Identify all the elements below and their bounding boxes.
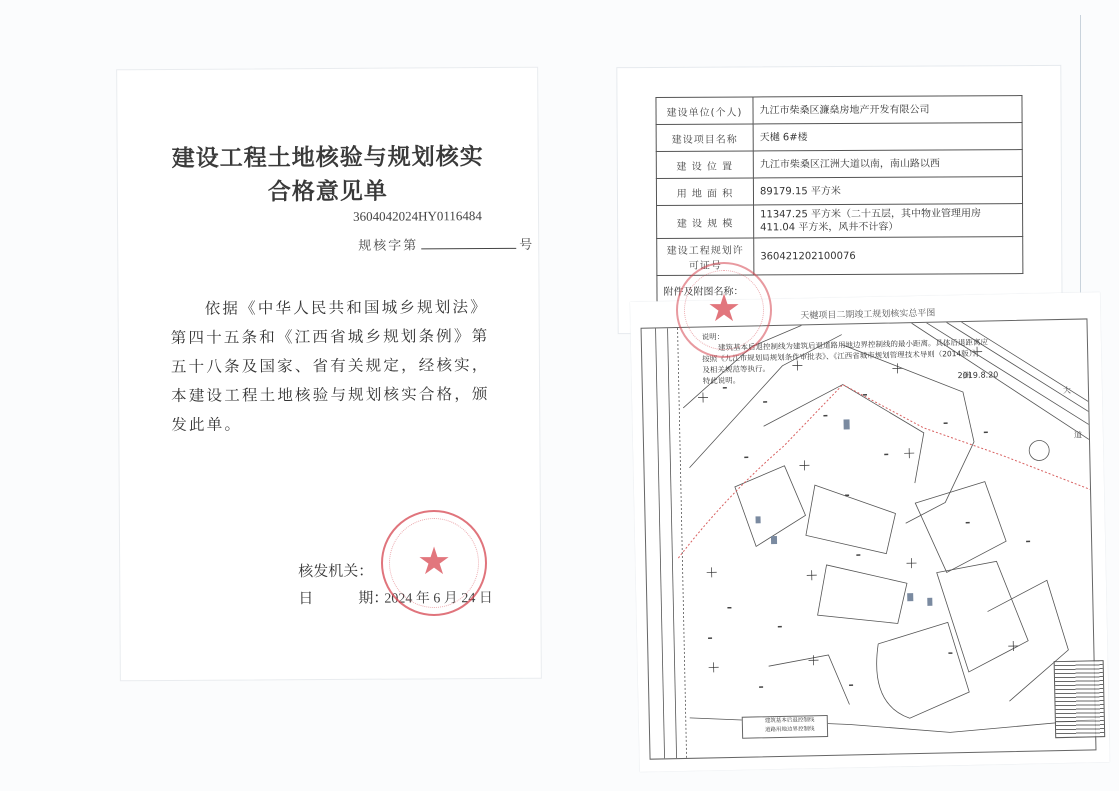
row-value-land-area: 89179.15 平方米 xyxy=(753,177,1022,205)
date-label: 日期： xyxy=(298,587,388,609)
table-row: 建 设 位 置 九江市柴桑区江洲大道以南，南山路以西 xyxy=(656,150,1022,179)
road-label: 洲 xyxy=(962,370,970,381)
row-value-permit-no: 360421202100076 xyxy=(754,237,1023,275)
number-prefix: 规核字第 xyxy=(358,238,418,253)
site-plan-frame: 说明： 建筑基本后退控制线为建筑后退道路用地边界控制线的最小距离。具体后退距离应… xyxy=(641,318,1097,759)
road-label: 大 xyxy=(1063,385,1071,396)
table-row: 用 地 面 积 89179.15 平方米 xyxy=(656,177,1022,206)
seal-star-icon: ★ xyxy=(707,289,741,327)
row-value-builder: 九江市柴桑区濂燊房地产开发有限公司 xyxy=(753,96,1022,124)
certificate-body: 依据《中华人民共和国城乡规划法》第四十五条和《江西省城乡规划条例》第五十八条及国… xyxy=(171,293,502,440)
certificate-number-line: 规核字第号 xyxy=(358,234,534,254)
statistics-table xyxy=(1053,654,1103,737)
number-blank xyxy=(421,236,516,250)
row-value-scale: 11347.25 平方米（二十五层，其中物业管理用房 411.04 平方米，风井… xyxy=(754,204,1023,238)
site-plan-title: 天樾项目二期竣工规划核实总平图 xyxy=(800,306,935,322)
official-seal-stamp-overlap: ★ xyxy=(676,262,772,358)
table-row: 建设项目名称 天樾 6#楼 xyxy=(656,123,1022,152)
seal-star-icon: ★ xyxy=(417,542,451,580)
row-label-scale: 建 设 规 模 xyxy=(657,205,754,239)
certificate-title-line-2: 合格意见单 xyxy=(118,172,538,208)
row-label-project-name: 建设项目名称 xyxy=(656,124,753,152)
road-label: 道 xyxy=(1074,430,1082,441)
official-seal-stamp: ★ xyxy=(381,510,487,616)
site-plan-sheet: 天樾项目二期竣工规划核实总平图 xyxy=(630,292,1110,772)
plan-legend: 建筑基本后退控制线 道路用地边界控制线 xyxy=(742,715,828,739)
date-label-char-1: 日 xyxy=(298,589,313,607)
number-suffix: 号 xyxy=(519,238,534,253)
statistics-grid xyxy=(1054,660,1106,738)
legend-item: 道路用地边界控制线 xyxy=(765,725,827,735)
issuer-label: 核发机关： xyxy=(298,560,373,581)
certificate-serial: 3604042024HY0116484 xyxy=(353,208,482,225)
row-value-project-name: 天樾 6#楼 xyxy=(753,123,1022,151)
table-row: 建 设 规 模 11347.25 平方米（二十五层，其中物业管理用房 411.0… xyxy=(657,204,1023,239)
table-row: 建设单位(个人) 九江市柴桑区濂燊房地产开发有限公司 xyxy=(656,96,1022,125)
row-label-location: 建 设 位 置 xyxy=(656,151,753,179)
row-value-location: 九江市柴桑区江洲大道以南，南山路以西 xyxy=(753,150,1022,178)
scan-page-edge xyxy=(1080,15,1081,295)
row-label-land-area: 用 地 面 积 xyxy=(656,178,753,206)
certificate-title-line-1: 建设工程土地核验与规划核实 xyxy=(118,138,538,174)
row-label-builder: 建设单位(个人) xyxy=(656,97,753,125)
